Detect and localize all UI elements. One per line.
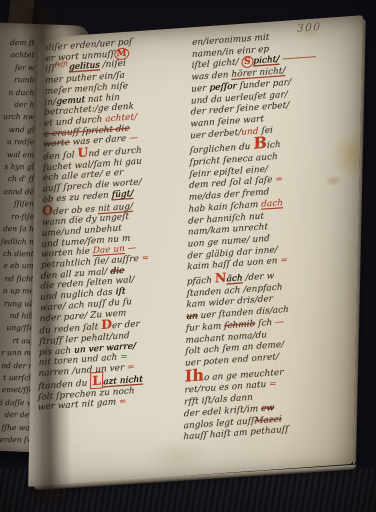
text-column-right: en/ieronimus mitnamen/in einr epiſtel gi… <box>183 28 342 445</box>
gutter-shadow <box>20 8 73 505</box>
manuscript-photo: dem ſtachtetſer wrumbn duchder hurch nww… <box>0 0 376 512</box>
manuscript-page: 300 diſer erden/uer poſer wort unmuſſMiſ… <box>28 15 363 487</box>
